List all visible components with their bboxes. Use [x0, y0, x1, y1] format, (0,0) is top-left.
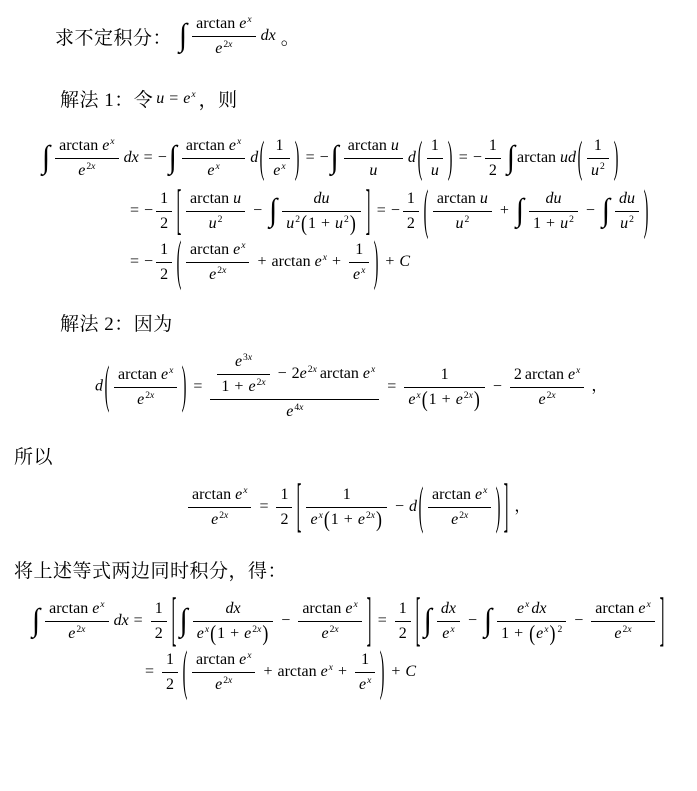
numerator: du — [615, 189, 639, 211]
math-number: 2 — [292, 365, 300, 382]
integral-sign: ∫ — [516, 196, 524, 228]
bracket-content: arctan exe2x — [425, 498, 494, 515]
integral-sign: ∫ — [507, 143, 515, 175]
denominator: ex(1+e2x) — [306, 507, 387, 530]
math-text: arctan — [517, 149, 560, 166]
numerator: 1 — [276, 485, 292, 507]
numerator: arctan u — [344, 136, 403, 158]
therefore-text: 所以 — [14, 442, 697, 469]
math-var: e — [248, 378, 255, 395]
numerator: arctan ex — [55, 136, 118, 158]
math-superscript: 2x — [252, 624, 261, 635]
math-var: e — [638, 600, 645, 617]
bracket-close: ) — [548, 623, 556, 645]
numerator: arctan ex — [192, 650, 255, 672]
sup-char: x — [576, 365, 580, 376]
math-text: arctan — [49, 600, 92, 617]
math-var: e — [475, 486, 482, 503]
denominator: e2x — [188, 507, 251, 530]
math-number: 1 — [160, 190, 168, 207]
bracket-group: (1+e2x) — [323, 511, 383, 528]
denominator: e2x — [186, 262, 249, 285]
math-var: e — [244, 625, 251, 642]
math-text: arctan — [59, 137, 102, 154]
bracket-open: ( — [104, 361, 110, 413]
math-text: arctan — [190, 190, 233, 207]
math-number: 1 — [155, 600, 163, 617]
fraction: dxex — [437, 599, 460, 644]
math-superscript: x — [646, 599, 650, 610]
math-var: u — [209, 215, 217, 232]
math-operator: = — [387, 378, 396, 395]
math-text: arctan — [320, 365, 363, 382]
math-text: − — [391, 202, 400, 219]
bracket-close: ] — [366, 592, 372, 651]
math-operator: − — [468, 612, 477, 629]
math-operator: = — [259, 498, 268, 515]
math-var: u — [620, 215, 628, 232]
integral-sign: ∫ — [169, 143, 177, 175]
math-var: e — [215, 40, 222, 57]
bracket-content: 1+e2x — [217, 625, 261, 642]
math-number: 1 — [399, 600, 407, 617]
math-number: 1 — [361, 651, 369, 668]
denominator: e2x — [510, 387, 584, 410]
math-text: − — [144, 202, 153, 219]
math-superscript: 2x — [459, 510, 468, 521]
math-text: − — [473, 149, 482, 166]
math-superscript: x — [354, 599, 358, 610]
math-superscript: x — [483, 485, 487, 496]
numerator: 1 — [427, 136, 443, 158]
fraction: arctan exe2x — [55, 136, 118, 181]
denominator: u2 — [615, 211, 639, 234]
fraction: e3x1+e2x−2e2xarctan exe4x — [210, 352, 379, 422]
math-superscript: 2x — [308, 364, 317, 375]
fraction: arctan uu — [344, 136, 403, 181]
numerator: arctan ex — [45, 599, 108, 621]
math-operator: + — [442, 391, 451, 408]
sup-char: x — [228, 39, 232, 50]
math-superscript: 2x — [223, 39, 232, 50]
math-number: 2 — [166, 676, 174, 693]
bracket-content: ∫dxex−∫exdx1+(ex)2−arctan exe2x — [422, 612, 658, 629]
sup-char: x — [100, 599, 104, 610]
math-var: e — [568, 366, 575, 383]
math-superscript: 2x — [464, 390, 473, 401]
numerator: 1 — [151, 599, 167, 621]
math-var: du — [619, 190, 635, 207]
math-text: arctan — [196, 651, 239, 668]
denominator: 2 — [485, 158, 501, 181]
math-var: e — [235, 353, 242, 370]
sup-char: x — [243, 485, 247, 496]
sup-char: x — [323, 252, 327, 263]
math-var: e — [209, 266, 216, 283]
bracket-content: arctan uu2−∫duu2(1+u2) — [183, 202, 364, 219]
math-operator: = — [306, 149, 315, 166]
fraction: arctan exe2x — [428, 485, 491, 530]
math-var: e — [235, 486, 242, 503]
math-var: u — [233, 190, 241, 207]
math-operator: + — [257, 253, 266, 270]
sup-char: x — [281, 161, 285, 172]
math-superscript: 2x — [76, 624, 85, 635]
sup-char: 2 — [218, 214, 223, 225]
math-var: e — [358, 511, 365, 528]
math-var: e — [229, 137, 236, 154]
math-text: ， — [514, 498, 530, 515]
fraction: 12 — [156, 240, 172, 285]
math-var: e — [614, 625, 621, 642]
math-text: arctan — [348, 137, 391, 154]
method1-label: 解法 1：令 — [60, 85, 153, 112]
math-number: 2 — [489, 162, 497, 179]
integral-sign: ∫ — [484, 606, 492, 638]
math-number: 2 — [407, 215, 415, 232]
math-superscript: 2x — [330, 624, 339, 635]
math-number: 1 — [275, 137, 283, 154]
bracket-open: ( — [577, 136, 583, 181]
math-operator: + — [338, 663, 347, 680]
math-superscript: x — [247, 650, 251, 661]
denominator: 2 — [151, 621, 167, 644]
math-var: u — [560, 215, 568, 232]
numerator: e3x — [217, 352, 269, 374]
fraction: arctan exe2x — [192, 14, 255, 59]
math-superscript: x — [110, 136, 114, 147]
math-var: u — [391, 137, 399, 154]
bracket-close: ) — [643, 184, 649, 240]
bracket-content: arctan exe2x+arctan ex+1ex — [183, 253, 372, 270]
math-var: ud — [560, 149, 576, 166]
math-superscript: x — [361, 265, 365, 276]
fraction: arctan exe2x — [192, 650, 255, 695]
math-number: 2 — [280, 511, 288, 528]
math-superscript: x — [367, 675, 371, 686]
fraction: arctan exe2x — [114, 365, 177, 410]
denominator: ex(1+e2x) — [404, 387, 485, 410]
denominator: e2x — [55, 158, 118, 181]
numerator: 1 — [404, 365, 485, 387]
math-var: u — [480, 190, 488, 207]
fraction: arctan exe2x — [45, 599, 108, 644]
math-var: e — [539, 391, 546, 408]
sup-char: x — [334, 624, 338, 635]
denominator: e2x — [192, 36, 255, 59]
bracket-group: (1ex) — [258, 149, 300, 166]
bracket-close: ) — [349, 213, 357, 235]
bracket-close: ) — [473, 389, 481, 411]
sup-char: x — [215, 161, 219, 172]
numerator: du — [529, 189, 578, 211]
math-var: u — [156, 90, 164, 107]
denominator: 1+(ex)2 — [497, 621, 566, 644]
bracket-close: ] — [659, 592, 665, 651]
integral-sign: ∫ — [424, 606, 432, 638]
method2-heading: 解法 2：因为 — [60, 309, 697, 336]
math-operator: − — [281, 612, 290, 629]
fraction: 12 — [156, 189, 172, 234]
fraction: arctan uu2 — [186, 189, 245, 234]
integral-sign: ∫ — [42, 143, 50, 175]
math-operator: + — [385, 253, 394, 270]
math-operator: + — [234, 378, 243, 395]
denominator: 2 — [395, 621, 411, 644]
math-superscript: 2 — [569, 214, 574, 225]
math-number: 1 — [594, 137, 602, 154]
math-var: C — [399, 253, 410, 270]
math-operator: + — [332, 253, 341, 270]
method2-label: 解法 2：因为 — [60, 309, 173, 336]
integral-sign: ∫ — [32, 606, 40, 638]
bracket-close: ) — [261, 623, 269, 645]
math-number: 2 — [514, 366, 522, 383]
denominator: e2x — [428, 507, 491, 530]
fraction: arctan exe2x — [188, 485, 251, 530]
fraction: 1u2 — [587, 136, 609, 181]
method1-heading: 解法 1：令 u=ex ，则 — [60, 85, 697, 112]
bracket-content: arctan uu2+∫du1+u2−∫duu2 — [430, 202, 642, 219]
math-operator: = — [144, 149, 153, 166]
math-superscript: x — [323, 252, 327, 263]
math-text: arctan — [196, 15, 239, 32]
math-var: e — [442, 625, 449, 642]
denominator: 2 — [276, 507, 292, 530]
bracket-open: ( — [323, 509, 331, 531]
math-number: 1 — [343, 486, 351, 503]
denominator: 1+e2x — [217, 374, 269, 397]
bracket-close: ] — [365, 184, 371, 240]
denominator: ex — [355, 672, 375, 695]
bracket-content: ex — [536, 625, 548, 642]
math-var: d — [409, 498, 417, 515]
math-var: e — [310, 511, 317, 528]
denominator: u — [427, 158, 443, 181]
sup-char: x — [248, 352, 252, 363]
bracket-group: (1+e2x) — [209, 625, 269, 642]
math-var: e — [239, 15, 246, 32]
bracket-close: ) — [379, 645, 385, 701]
sup-char: x — [329, 662, 333, 673]
sup-char: x — [525, 599, 529, 610]
integral-sign: ∫ — [331, 143, 339, 175]
denominator: ex — [182, 158, 245, 181]
denominator: u2(1+u2) — [282, 211, 361, 234]
bracket-content: 1+u2 — [308, 215, 349, 232]
integrate-label: 将上述等式两边同时积分，得： — [14, 556, 287, 583]
fraction: dxex(1+e2x) — [193, 599, 274, 644]
denominator: e2x — [192, 672, 255, 695]
math-operator: = — [130, 202, 139, 219]
bracket-close: ) — [375, 509, 383, 531]
bracket-close: ) — [495, 482, 501, 534]
fraction: arctan exe2x — [298, 599, 361, 644]
equation-sol2-line2: =12(arctan exe2x+arctan ex+1ex)+C — [140, 650, 697, 695]
math-superscript: x — [241, 240, 245, 251]
sup-char: 2 — [557, 624, 562, 635]
math-var: du — [314, 190, 330, 207]
bracket-open: ( — [176, 235, 182, 291]
math-superscript: x — [237, 136, 241, 147]
bracket-open: ( — [421, 389, 429, 411]
bracket-content: 1+e2x — [331, 511, 375, 528]
fraction: arctan exe2x — [186, 240, 249, 285]
bracket-open: [ — [171, 592, 177, 651]
fraction: duu2 — [615, 189, 639, 234]
math-var: dx — [531, 600, 546, 617]
fraction: 1u — [427, 136, 443, 181]
numerator: 1 — [349, 240, 369, 262]
sup-char: x — [247, 650, 251, 661]
numerator: 1 — [306, 485, 387, 507]
bracket-group: (arctan exe2x+arctan ex+1ex) — [181, 663, 386, 680]
numerator: 1 — [485, 136, 501, 158]
math-var: e — [321, 625, 328, 642]
math-text: arctan — [302, 600, 345, 617]
therefore-label: 所以 — [14, 442, 53, 469]
math-var: u — [369, 162, 377, 179]
math-text: − — [320, 149, 329, 166]
equation-sol1-line1: ∫arctan exe2xdx=−∫arctan exexd(1ex)=−∫ar… — [40, 136, 697, 181]
math-var: dx — [441, 600, 456, 617]
numerator: exdx — [497, 599, 566, 621]
math-operator: − — [253, 202, 262, 219]
bracket-content: 1u — [424, 149, 446, 166]
equation-sol1-line3: =−12(arctan exe2x+arctan ex+1ex)+C — [125, 240, 697, 285]
math-operator: = — [377, 202, 386, 219]
math-number: 2 — [160, 266, 168, 283]
math-operator: = — [378, 612, 387, 629]
fraction: 12 — [151, 599, 167, 644]
bracket-close: ) — [447, 136, 453, 181]
numerator: arctan ex — [114, 365, 177, 387]
math-var: dx — [124, 149, 139, 166]
sup-char: x — [361, 265, 365, 276]
problem-text: 求不定积分： — [55, 23, 172, 50]
bracket-open: ( — [259, 136, 265, 181]
fraction: 12 — [485, 136, 501, 181]
math-operator: − — [493, 378, 502, 395]
math-var: e — [321, 663, 328, 680]
fraction: 12 — [395, 599, 411, 644]
math-operator: − — [395, 498, 404, 515]
method1-substitution: u=ex — [156, 89, 195, 109]
equation-rearranged: arctan exe2x=12[1ex(1+e2x)−d(arctan exe2… — [185, 485, 697, 530]
math-operator: − — [574, 612, 583, 629]
math-superscript: x — [215, 161, 219, 172]
denominator: ex(1+e2x) — [193, 621, 274, 644]
math-operator: + — [391, 663, 400, 680]
numerator: 2arctan ex — [510, 365, 584, 387]
bracket-content: ∫dxex(1+e2x)−arctan exe2x — [178, 612, 365, 629]
math-number: 1 — [431, 137, 439, 154]
numerator: 1 — [395, 599, 411, 621]
bracket-open: [ — [415, 592, 421, 651]
method1-then: ，则 — [199, 85, 238, 112]
denominator: ex — [349, 262, 369, 285]
math-superscript: 2x — [623, 624, 632, 635]
sup-char: x — [551, 390, 555, 401]
math-superscript: x — [329, 662, 333, 673]
math-var: e — [161, 366, 168, 383]
math-superscript: 2 — [629, 214, 634, 225]
bracket-group: (1u) — [416, 149, 454, 166]
math-var: u — [591, 162, 599, 179]
math-text: arctan — [595, 600, 638, 617]
bracket-close: ) — [373, 235, 379, 291]
math-superscript: x — [247, 14, 251, 25]
numerator: 1 — [587, 136, 609, 158]
fraction: 12 — [276, 485, 292, 530]
math-operator: + — [230, 625, 239, 642]
sup-char: x — [261, 377, 265, 388]
math-superscript: 2x — [217, 265, 226, 276]
math-superscript: 2x — [223, 675, 232, 686]
sup-char: x — [91, 161, 95, 172]
math-text: − — [144, 253, 153, 270]
math-number: 2 — [155, 625, 163, 642]
denominator: e2x — [298, 621, 361, 644]
math-number: 1 — [355, 241, 363, 258]
math-var: e — [408, 391, 415, 408]
bracket-group: [∫dxex−∫exdx1+(ex)2−arctan exe2x] — [414, 612, 666, 629]
math-number: 1 — [429, 391, 437, 408]
math-var: e — [102, 137, 109, 154]
math-text: arctan — [186, 137, 229, 154]
math-superscript: x — [281, 161, 285, 172]
bracket-group: (1u2) — [576, 149, 620, 166]
bracket-close: ) — [613, 136, 619, 181]
bracket-group: (arctan exe2x+arctan ex+1ex) — [175, 253, 380, 270]
problem-formula: ∫arctan exe2xdx — [177, 14, 276, 59]
math-var: e — [183, 90, 190, 107]
numerator: du — [282, 189, 361, 211]
integral-sign: ∫ — [179, 21, 187, 53]
page: { "page": {"background": "#ffffff", "ink… — [0, 0, 697, 791]
math-number: 1 — [331, 511, 339, 528]
denominator: e2x — [591, 621, 654, 644]
bracket-group: (arctan exe2x) — [103, 378, 188, 395]
denominator: ex — [437, 621, 460, 644]
numerator: dx — [437, 599, 460, 621]
bracket-group: (1+e2x) — [421, 391, 481, 408]
math-var: e — [353, 266, 360, 283]
math-var: d — [408, 149, 416, 166]
math-superscript: 2 — [464, 214, 469, 225]
bracket-content: arctan exe2x — [111, 378, 180, 395]
numerator: 1 — [156, 240, 172, 262]
math-operator: − — [278, 365, 287, 382]
math-superscript: 2 — [557, 624, 562, 635]
math-var: e — [300, 365, 307, 382]
denominator: 2 — [162, 672, 178, 695]
bracket-open: ( — [528, 623, 536, 645]
math-number: 2 — [399, 625, 407, 642]
math-number: 1 — [501, 625, 509, 642]
fraction: e3x1+e2x — [217, 352, 269, 397]
sup-char: x — [371, 364, 375, 375]
math-var: e — [517, 600, 524, 617]
numerator: 1 — [156, 189, 172, 211]
bracket-open: ( — [417, 136, 423, 181]
sup-char: 2 — [569, 214, 574, 225]
numerator: arctan u — [186, 189, 245, 211]
fraction: duu2(1+u2) — [282, 189, 361, 234]
math-operator: = — [145, 663, 154, 680]
numerator: 1 — [355, 650, 375, 672]
math-var: e — [211, 511, 218, 528]
